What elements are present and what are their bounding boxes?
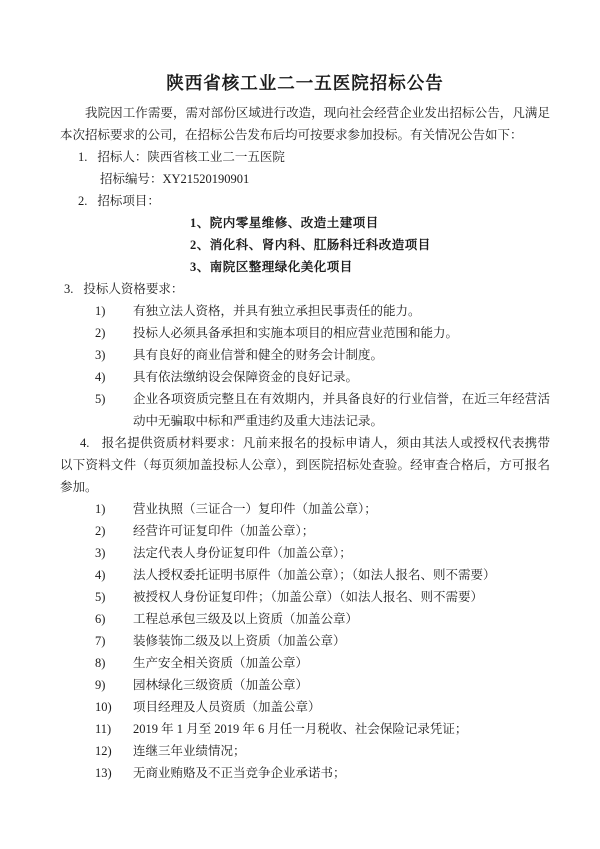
requirement-text: 具有依法缴纳设会保障资金的良好记录。 [133, 366, 550, 388]
qualification-heading: 投标人资格要求： [83, 278, 183, 300]
item-number: 4. [80, 436, 89, 450]
material-item: 11) 2019 年 1 月至 2019 年 6 月任一月税收、社会保险记录凭证… [60, 718, 550, 740]
project-item: 3、南院区整理绿化美化项目 [190, 256, 550, 278]
material-text: 法定代表人身份证复印件（加盖公章）； [133, 542, 550, 564]
requirement-text: 有独立法人资格，并具有独立承担民事责任的能力。 [133, 300, 550, 322]
material-number: 5) [95, 586, 133, 608]
material-number: 11) [95, 718, 133, 740]
material-number: 2) [95, 520, 133, 542]
requirement-number: 5) [95, 388, 133, 432]
material-text: 项目经理及人员资质（加盖公章） [133, 696, 550, 718]
requirement-number: 2) [95, 322, 133, 344]
materials-intro-paragraph: 4.报名提供资质材料要求：凡前来报名的投标申请人，须由其法人或授权代表携带以下资… [60, 432, 550, 498]
material-item: 9) 园林绿化三级资质（加盖公章） [60, 674, 550, 696]
material-number: 10) [95, 696, 133, 718]
requirement-item: 5) 企业各项资质完整且在有效期内，并具备良好的行业信誉，在近三年经营活动中无骗… [60, 388, 550, 432]
material-text: 连继三年业绩情况； [133, 740, 550, 762]
requirement-item: 4) 具有依法缴纳设会保障资金的良好记录。 [60, 366, 550, 388]
requirement-item: 3) 具有良好的商业信誉和健全的财务会计制度。 [60, 344, 550, 366]
material-text: 工程总承包三级及以上资质（加盖公章） [133, 608, 550, 630]
tender-code-line: 招标编号：XY21520190901 [60, 168, 550, 190]
material-text: 经营许可证复印件（加盖公章）； [133, 520, 550, 542]
materials-intro-text: 报名提供资质材料要求：凡前来报名的投标申请人，须由其法人或授权代表携带以下资料文… [60, 436, 550, 494]
intro-paragraph: 我院因工作需要，需对部份区域进行改造，现向社会经营企业发出招标公告，凡满足本次招… [60, 102, 550, 146]
requirement-item: 2) 投标人必须具备承担和实施本项目的相应营业范围和能力。 [60, 322, 550, 344]
item-number: 3. [64, 278, 73, 300]
material-item: 2) 经营许可证复印件（加盖公章）； [60, 520, 550, 542]
qualification-heading-line: 3. 投标人资格要求： [60, 278, 550, 300]
requirement-text: 企业各项资质完整且在有效期内，并具备良好的行业信誉，在近三年经营活动中无骗取中标… [133, 388, 550, 432]
material-item: 1) 营业执照（三证合一）复印件（加盖公章）； [60, 498, 550, 520]
projects-heading-line: 2. 招标项目： [60, 190, 550, 212]
material-text: 无商业贿赂及不正当竞争企业承诺书； [133, 762, 550, 784]
project-item: 2、消化科、肾内科、肛肠科迁科改造项目 [190, 234, 550, 256]
requirement-list: 1) 有独立法人资格，并具有独立承担民事责任的能力。 2) 投标人必须具备承担和… [60, 300, 550, 432]
tenderer-line: 1. 招标人：陕西省核工业二一五医院 [60, 146, 550, 168]
material-item: 4) 法人授权委托证明书原件（加盖公章）；（如法人报名、则不需要） [60, 564, 550, 586]
requirement-text: 具有良好的商业信誉和健全的财务会计制度。 [133, 344, 550, 366]
material-text: 装修装饰二级及以上资质（加盖公章） [133, 630, 550, 652]
material-list: 1) 营业执照（三证合一）复印件（加盖公章）； 2) 经营许可证复印件（加盖公章… [60, 498, 550, 784]
material-item: 5) 被授权人身份证复印件；（加盖公章）（如法人报名、则不需要） [60, 586, 550, 608]
tenderer-label: 招标人：陕西省核工业二一五医院 [97, 146, 285, 168]
material-number: 12) [95, 740, 133, 762]
material-number: 13) [95, 762, 133, 784]
item-number: 2. [78, 190, 87, 212]
material-number: 8) [95, 652, 133, 674]
material-number: 1) [95, 498, 133, 520]
material-item: 8) 生产安全相关资质（加盖公章） [60, 652, 550, 674]
material-item: 7) 装修装饰二级及以上资质（加盖公章） [60, 630, 550, 652]
material-number: 4) [95, 564, 133, 586]
requirement-number: 1) [95, 300, 133, 322]
material-number: 9) [95, 674, 133, 696]
material-text: 营业执照（三证合一）复印件（加盖公章）； [133, 498, 550, 520]
requirement-number: 3) [95, 344, 133, 366]
item-number: 1. [78, 146, 87, 168]
document-page: 陕西省核工业二一五医院招标公告 我院因工作需要，需对部份区域进行改造，现向社会经… [0, 0, 600, 849]
doc-title: 陕西省核工业二一五医院招标公告 [60, 70, 550, 96]
projects-heading: 招标项目： [97, 190, 160, 212]
material-item: 12) 连继三年业绩情况； [60, 740, 550, 762]
project-list: 1、院内零星维修、改造土建项目 2、消化科、肾内科、肛肠科迁科改造项目 3、南院… [60, 212, 550, 278]
material-item: 13) 无商业贿赂及不正当竞争企业承诺书； [60, 762, 550, 784]
requirement-text: 投标人必须具备承担和实施本项目的相应营业范围和能力。 [133, 322, 550, 344]
material-item: 10) 项目经理及人员资质（加盖公章） [60, 696, 550, 718]
material-text: 法人授权委托证明书原件（加盖公章）；（如法人报名、则不需要） [133, 564, 550, 586]
material-text: 2019 年 1 月至 2019 年 6 月任一月税收、社会保险记录凭证； [133, 718, 550, 740]
material-text: 园林绿化三级资质（加盖公章） [133, 674, 550, 696]
material-text: 生产安全相关资质（加盖公章） [133, 652, 550, 674]
tender-code: 招标编号：XY21520190901 [100, 172, 249, 186]
material-text: 被授权人身份证复印件；（加盖公章）（如法人报名、则不需要） [133, 586, 550, 608]
material-number: 7) [95, 630, 133, 652]
material-number: 3) [95, 542, 133, 564]
material-item: 3) 法定代表人身份证复印件（加盖公章）； [60, 542, 550, 564]
requirement-item: 1) 有独立法人资格，并具有独立承担民事责任的能力。 [60, 300, 550, 322]
project-item: 1、院内零星维修、改造土建项目 [190, 212, 550, 234]
material-number: 6) [95, 608, 133, 630]
requirement-number: 4) [95, 366, 133, 388]
material-item: 6) 工程总承包三级及以上资质（加盖公章） [60, 608, 550, 630]
